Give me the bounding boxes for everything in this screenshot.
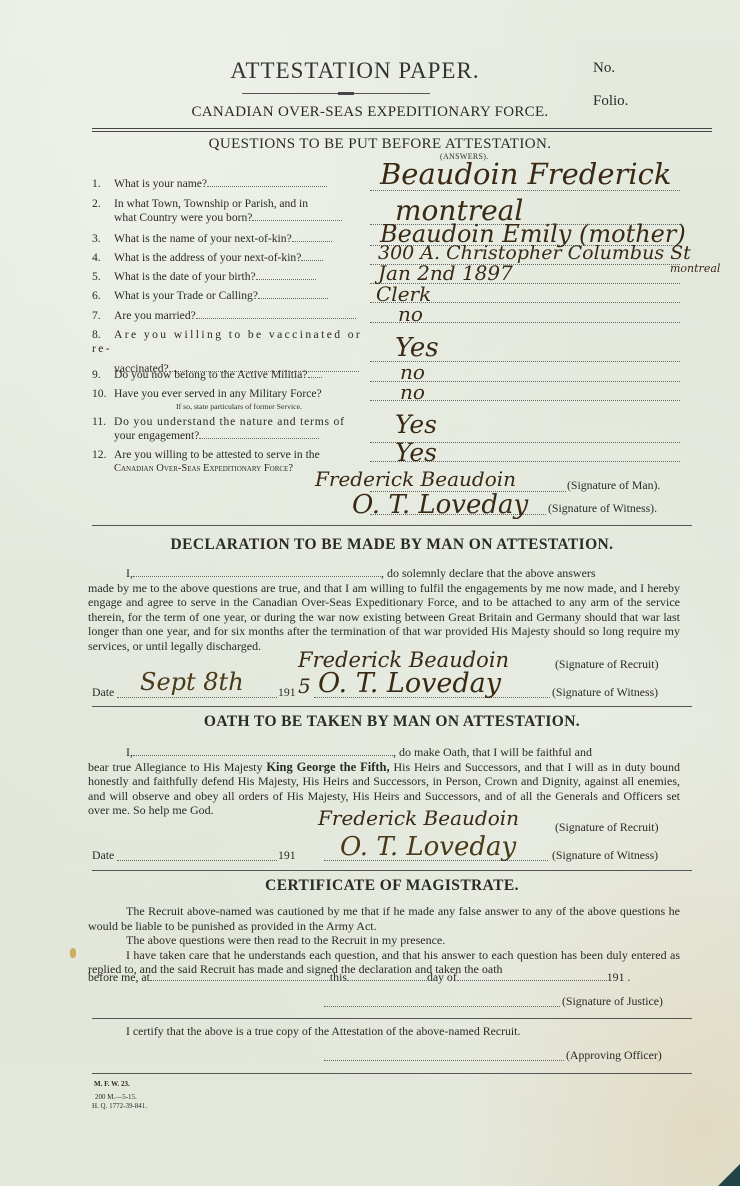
answer-10: no [400,380,425,404]
declaration-date-line [117,697,277,698]
question-1: 1.What is your name? [92,177,382,191]
declaration-signature-witness-label: (Signature of Witness) [552,685,658,700]
oath-signature-recruit: Frederick Beaudoin [318,806,519,830]
magistrate-title: CERTIFICATE OF MAGISTRATE. [92,877,692,895]
answer-8: Yes [395,333,439,363]
section-divider-4 [92,1018,692,1019]
justice-signature-label: (Signature of Justice) [562,994,663,1009]
certification-text: I certify that the above is a true copy … [126,1024,520,1039]
answer-7: no [398,302,423,326]
paper-stain [70,948,76,958]
number-label: No. [593,60,615,77]
declaration-date-value: Sept 8th [140,668,244,696]
declaration-text: I,, do solemnly declare that the above a… [88,566,680,654]
form-number: M. F. W. 23. [94,1080,130,1088]
question-11: 11.Do you understand the nature and term… [92,415,382,443]
declaration-title: DECLARATION TO BE MADE BY MAN ON ATTESTA… [92,536,692,554]
answer-11: Yes [395,410,437,439]
signature-witness-label: (Signature of Witness). [548,501,657,516]
oath-year-prefix: 191 [278,848,296,863]
declaration-year-prefix: 191 [278,685,296,700]
title-rule-ornament [338,92,354,95]
signature-witness: O. T. Loveday [352,490,528,520]
question-7: 7.Are you married? [92,309,382,323]
answer-12: Yes [395,438,437,467]
answer-1: Beaudoin Frederick [380,157,671,191]
header-rule-top [92,128,712,129]
hq-reference: H. Q. 1772-39-841. [92,1102,147,1110]
title-rule [242,93,430,94]
paper-corner-fold [718,1164,740,1186]
oath-date-label: Date [92,848,114,863]
section-divider-3 [92,870,692,871]
question-2: 2.In what Town, Township or Parish, and … [92,197,382,225]
header-rule-bottom [92,131,712,132]
document-title: ATTESTATION PAPER. [185,58,525,84]
declaration-date-label: Date [92,685,114,700]
answer-4-note: montreal [670,262,720,275]
question-3: 3.What is the name of your next-of-kin? [92,232,382,246]
question-9: 9.Do you now belong to the Active Militi… [92,368,382,382]
oath-signature-witness: O. T. Loveday [340,832,516,862]
question-5: 5.What is the date of your birth? [92,270,382,284]
oath-date-line [117,860,277,861]
justice-signature-line [324,1006,560,1007]
approving-officer-line [324,1060,564,1061]
questions-section-title: QUESTIONS TO BE PUT BEFORE ATTESTATION. [200,136,560,153]
signature-man: Frederick Beaudoin [315,467,516,491]
declaration-signature-witness: O. T. Loveday [318,668,501,699]
section-divider-1 [92,525,692,526]
magistrate-text: The Recruit above-named was cautioned by… [88,904,680,977]
print-run: 200 M.—5-15. [95,1093,137,1101]
folio-label: Folio. [593,93,628,110]
section-divider-5 [92,1073,692,1074]
signature-man-label: (Signature of Man). [567,478,660,493]
section-divider-2 [92,706,692,707]
magistrate-before-line: before me, atthisday of191 . [88,970,630,985]
oath-signature-recruit-label: (Signature of Recruit) [555,820,659,835]
oath-title: OATH TO BE TAKEN BY MAN ON ATTESTATION. [92,713,692,731]
declaration-year-suffix: 5 [298,674,311,698]
question-4: 4.What is the address of your next-of-ki… [92,251,382,265]
approving-officer-label: (Approving Officer) [566,1048,662,1063]
declaration-signature-recruit-label: (Signature of Recruit) [555,657,659,672]
document-subtitle: CANADIAN OVER-SEAS EXPEDITIONARY FORCE. [185,104,555,121]
question-10: 10.Have you ever served in any Military … [92,387,382,412]
oath-signature-witness-label: (Signature of Witness) [552,848,658,863]
question-6: 6.What is your Trade or Calling? [92,289,382,303]
